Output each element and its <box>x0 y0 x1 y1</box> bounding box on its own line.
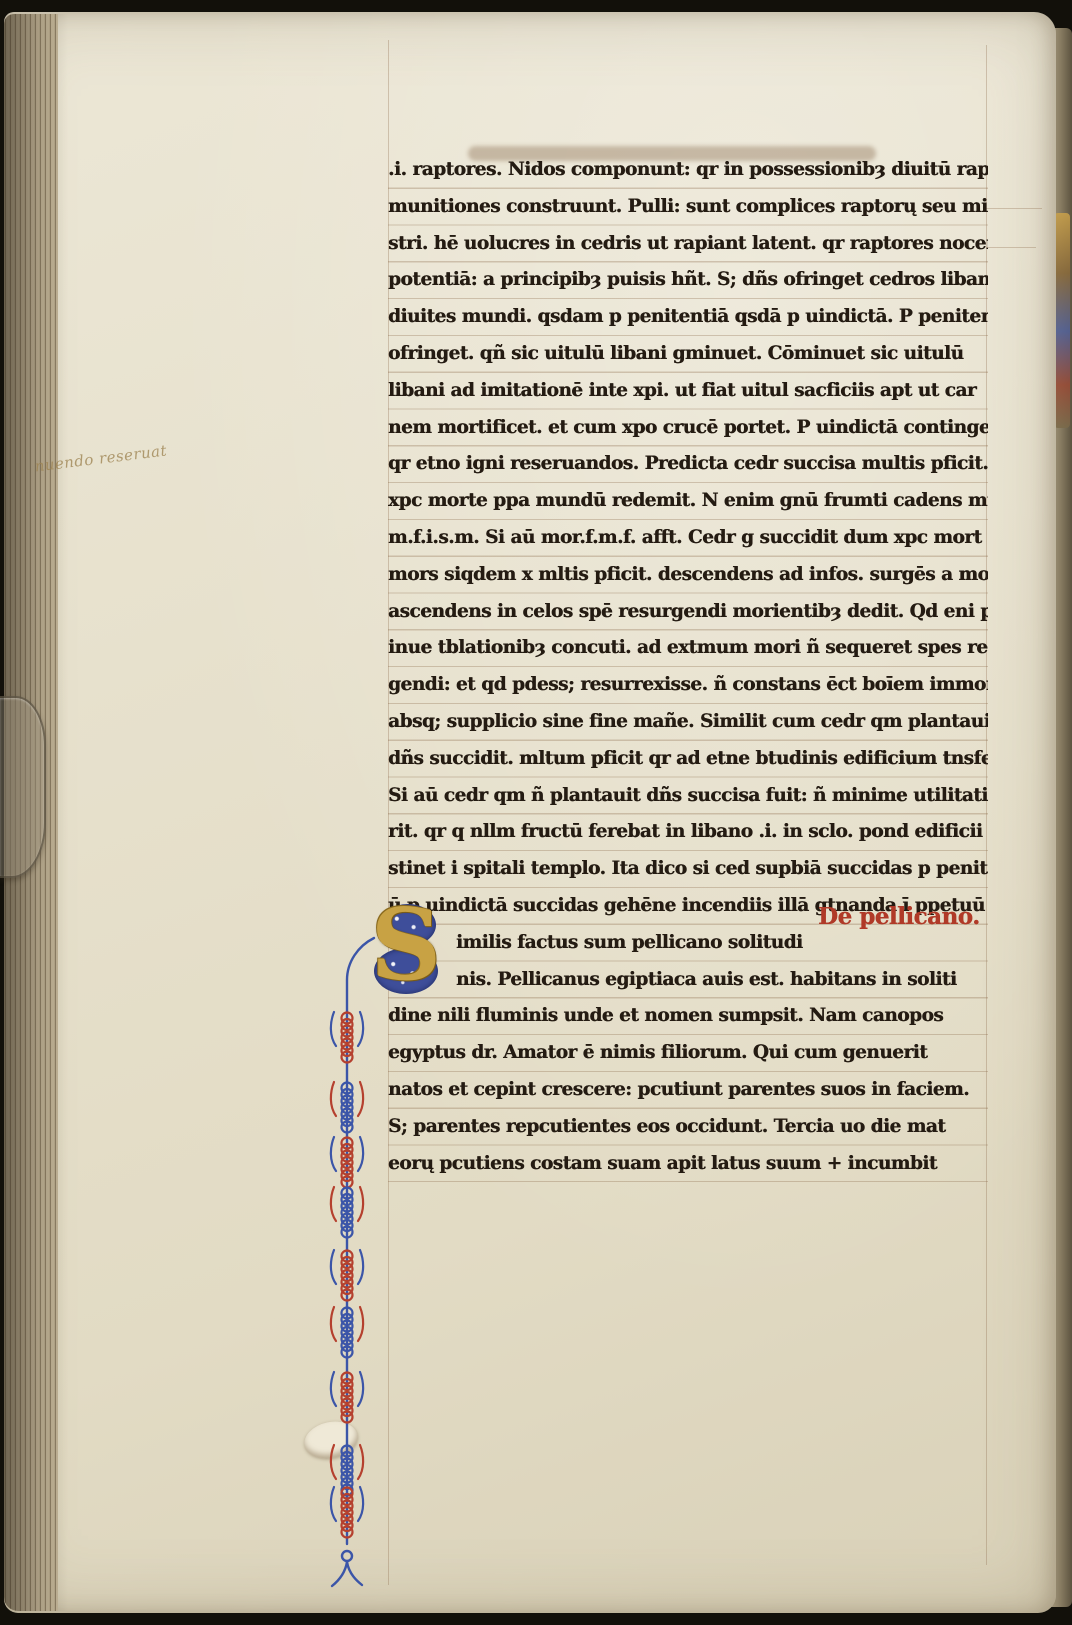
text-line: mors siqdem x mltis pficit. descendens a… <box>388 557 988 594</box>
text-line: inue tblationibȝ concuti. ad extmum mori… <box>388 630 988 667</box>
text-line: ofringet. qñ sic uitulū libani gminuet. … <box>388 336 988 373</box>
text-line: ascendens in celos spē resurgendi morien… <box>388 594 988 631</box>
text-line: absq; supplicio sine fine mañe. Similit … <box>388 704 988 741</box>
bookmark-tab <box>0 696 46 878</box>
text-line: dñs succidit. mltum pficit qr ad etne bt… <box>388 741 988 778</box>
text-line: egyptus dr. Amator ē nimis filiorum. Qui… <box>388 1035 988 1072</box>
text-line: rit. qr q nllm fructū ferebat in libano … <box>388 814 988 851</box>
text-line: libani ad imitationē inte xpi. ut fiat u… <box>388 373 988 410</box>
text-line: potentiā: a principibȝ puisis hñt. S; dñ… <box>388 262 988 299</box>
chapter-rubric: De pellicano. <box>818 903 980 930</box>
next-page-illumination-glimpse <box>1054 213 1070 428</box>
text-line-chapter-opening: imilis factus sum pellicano solitudi <box>388 925 988 962</box>
margin-ruling-tick <box>986 208 1042 209</box>
text-block: .i. raptores. Nidos componunt: qr in pos… <box>388 152 988 1182</box>
text-line: m.f.i.s.m. Si aū mor.f.m.f. afft. Cedr g… <box>388 520 988 557</box>
margin-pen-flourish <box>290 916 410 1616</box>
text-line: eorų pcutiens costam suam apit latus suu… <box>388 1146 988 1183</box>
text-line: S; parentes repcutientes eos occidunt. T… <box>388 1109 988 1146</box>
text-line: munitiones construunt. Pulli: sunt compl… <box>388 189 988 226</box>
text-line: Si aū cedr qm ñ plantauit dñs succisa fu… <box>388 778 988 815</box>
text-line: qr etno igni reseruandos. Predicta cedr … <box>388 446 988 483</box>
text-line: nis. Pellicanus egiptiaca auis est. habi… <box>388 962 988 999</box>
text-line: stinet i spitali templo. Ita dico si ced… <box>388 851 988 888</box>
text-line: gendi: et qd pdess; resurrexisse. ñ cons… <box>388 667 988 704</box>
margin-ruling-tick <box>986 247 1036 248</box>
text-line: .i. raptores. Nidos componunt: qr in pos… <box>388 152 988 189</box>
text-line: xpc morte ppa mundū redemit. N enim gnū … <box>388 483 988 520</box>
text-line: dine nili fluminis unde et nomen sumpsit… <box>388 998 988 1035</box>
text-line: natos et cepint crescere: pcutiunt paren… <box>388 1072 988 1109</box>
text-line: nem mortificet. et cum xpo crucē portet.… <box>388 410 988 447</box>
text-line: diuites mundi. qsdam p penitentiā qsdā p… <box>388 299 988 336</box>
text-line: stri. hē uolucres in cedris ut rapiant l… <box>388 226 988 263</box>
